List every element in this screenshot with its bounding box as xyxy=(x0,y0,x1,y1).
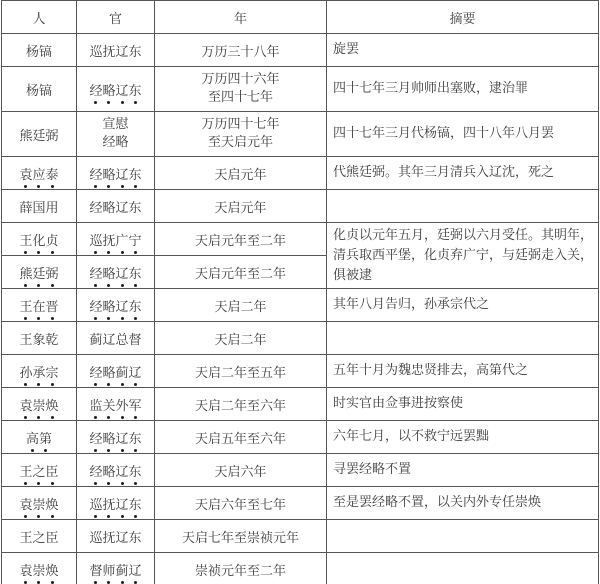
table-row: 袁崇焕巡抚辽东天启六年至七年至是罢经略不置，以关内外专任崇焕 xyxy=(2,487,599,520)
table-row: 王象乾蓟辽总督天启二年 xyxy=(2,322,599,355)
cell-office: 蓟辽总督 xyxy=(77,322,155,355)
cell-summary: 旋罢 xyxy=(327,34,599,67)
table-row: 王在晋经略辽东天启二年其年八月告归，孙承宗代之 xyxy=(2,289,599,322)
cell-summary xyxy=(327,322,599,355)
cell-summary xyxy=(327,190,599,223)
cell-office: 巡抚辽东 xyxy=(77,487,155,520)
cell-years: 天启六年至七年 xyxy=(155,487,327,520)
cell-summary xyxy=(327,520,599,553)
cell-office: 经略辽东 xyxy=(77,454,155,487)
cell-years: 天启五年至六年 xyxy=(155,421,327,454)
table-row: 王化贞巡抚广宁天启元年至二年化贞以元年五月，廷弼以六月受任。其明年，清兵取西平堡… xyxy=(2,223,599,256)
cell-person: 袁崇焕 xyxy=(2,553,77,584)
cell-office: 督师蓟辽 xyxy=(77,553,155,584)
table-row: 袁崇焕监关外军天启二年至六年时实官由佥事进按察使 xyxy=(2,388,599,421)
cell-years: 天启元年至二年 xyxy=(155,223,327,256)
header-years: 年 xyxy=(155,1,327,34)
cell-years: 万历三十八年 xyxy=(155,34,327,67)
table-row: 王之臣巡抚辽东天启七年至崇祯元年 xyxy=(2,520,599,553)
cell-summary: 寻罢经略不置 xyxy=(327,454,599,487)
cell-years: 天启二年 xyxy=(155,289,327,322)
cell-summary: 至是罢经略不置，以关内外专任崇焕 xyxy=(327,487,599,520)
header-office: 官 xyxy=(77,1,155,34)
cell-person: 熊廷弼 xyxy=(2,112,77,157)
header-row: 人 官 年 摘要 xyxy=(2,1,599,34)
cell-person: 王化贞 xyxy=(2,223,77,256)
cell-person: 王之臣 xyxy=(2,454,77,487)
cell-summary: 五年十月为魏忠贤排去，高第代之 xyxy=(327,355,599,388)
table-body: 杨镐巡抚辽东万历三十八年旋罢杨镐经略辽东万历四十六年至四十七年四十七年三月帅师出… xyxy=(2,34,599,584)
cell-person: 孙承宗 xyxy=(2,355,77,388)
cell-summary: 代熊廷弼。其年三月清兵入辽沈，死之 xyxy=(327,157,599,190)
cell-summary: 时实官由佥事进按察使 xyxy=(327,388,599,421)
cell-office: 经略辽东 xyxy=(77,421,155,454)
cell-years: 天启七年至崇祯元年 xyxy=(155,520,327,553)
table-row: 王之臣经略辽东天启六年寻罢经略不置 xyxy=(2,454,599,487)
cell-person: 王之臣 xyxy=(2,520,77,553)
cell-person: 袁应泰 xyxy=(2,157,77,190)
cell-years: 崇祯元年至二年 xyxy=(155,553,327,584)
cell-summary: 四十七年三月代杨镐，四十八年八月罢 xyxy=(327,112,599,157)
table-row: 薛国用经略辽东天启元年 xyxy=(2,190,599,223)
table-row: 袁应泰经略辽东天启元年代熊廷弼。其年三月清兵入辽沈，死之 xyxy=(2,157,599,190)
cell-person: 杨镐 xyxy=(2,34,77,67)
cell-person: 杨镐 xyxy=(2,67,77,112)
cell-years: 天启元年 xyxy=(155,157,327,190)
cell-office: 经略辽东 xyxy=(77,190,155,223)
cell-office: 经略辽东 xyxy=(77,157,155,190)
cell-person: 袁崇焕 xyxy=(2,388,77,421)
cell-person: 王象乾 xyxy=(2,322,77,355)
cell-office: 巡抚广宁 xyxy=(77,223,155,256)
cell-years: 天启二年至六年 xyxy=(155,388,327,421)
cell-office: 经略辽东 xyxy=(77,256,155,289)
cell-years: 天启二年 xyxy=(155,322,327,355)
cell-person: 王在晋 xyxy=(2,289,77,322)
cell-summary: 四十七年三月帅师出塞败，逮治罪 xyxy=(327,67,599,112)
cell-summary xyxy=(327,553,599,584)
cell-years: 天启六年 xyxy=(155,454,327,487)
table-row: 杨镐巡抚辽东万历三十八年旋罢 xyxy=(2,34,599,67)
cell-person: 薛国用 xyxy=(2,190,77,223)
table-row: 孙承宗经略蓟辽天启二年至五年五年十月为魏忠贤排去，高第代之 xyxy=(2,355,599,388)
cell-years: 天启元年至二年 xyxy=(155,256,327,289)
cell-office: 监关外军 xyxy=(77,388,155,421)
cell-person: 袁崇焕 xyxy=(2,487,77,520)
cell-person: 熊廷弼 xyxy=(2,256,77,289)
cell-office: 经略辽东 xyxy=(77,67,155,112)
cell-years: 万历四十七年至天启元年 xyxy=(155,112,327,157)
header-summary: 摘要 xyxy=(327,1,599,34)
cell-years: 万历四十六年至四十七年 xyxy=(155,67,327,112)
cell-summary: 其年八月告归，孙承宗代之 xyxy=(327,289,599,322)
officials-table: 人 官 年 摘要 杨镐巡抚辽东万历三十八年旋罢杨镐经略辽东万历四十六年至四十七年… xyxy=(1,0,599,584)
cell-summary: 化贞以元年五月，廷弼以六月受任。其明年，清兵取西平堡，化贞弃广宁，与廷弼走入关，… xyxy=(327,223,599,289)
table-row: 袁崇焕督师蓟辽崇祯元年至二年 xyxy=(2,553,599,584)
cell-office: 巡抚辽东 xyxy=(77,34,155,67)
cell-office: 经略辽东 xyxy=(77,289,155,322)
cell-office: 宣慰经略 xyxy=(77,112,155,157)
table-row: 高第经略辽东天启五年至六年六年七月，以不救宁远罢黜 xyxy=(2,421,599,454)
table-row: 熊廷弼宣慰经略万历四十七年至天启元年四十七年三月代杨镐，四十八年八月罢 xyxy=(2,112,599,157)
cell-years: 天启元年 xyxy=(155,190,327,223)
cell-summary: 六年七月，以不救宁远罢黜 xyxy=(327,421,599,454)
table-row: 杨镐经略辽东万历四十六年至四十七年四十七年三月帅师出塞败，逮治罪 xyxy=(2,67,599,112)
cell-office: 巡抚辽东 xyxy=(77,520,155,553)
cell-years: 天启二年至五年 xyxy=(155,355,327,388)
cell-office: 经略蓟辽 xyxy=(77,355,155,388)
cell-person: 高第 xyxy=(2,421,77,454)
header-person: 人 xyxy=(2,1,77,34)
